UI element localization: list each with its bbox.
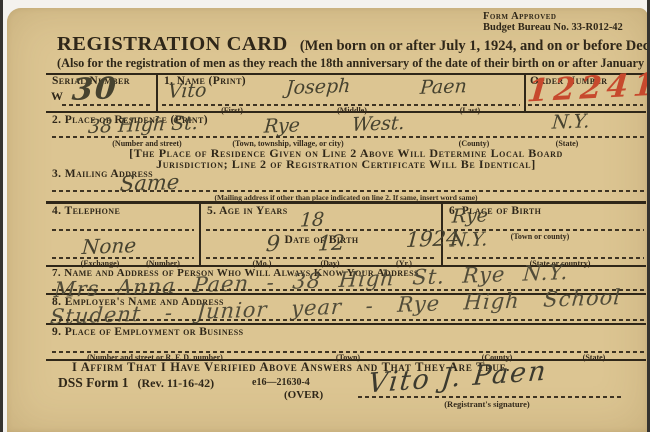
print-code: e16—21630-4 bbox=[252, 377, 310, 388]
divider-serial-name bbox=[156, 73, 158, 111]
form-id: DSS Form 1 bbox=[58, 375, 129, 390]
form-approved-block: Form Approved Budget Bureau No. 33-R012-… bbox=[483, 11, 623, 33]
telephone-label: 4. Telephone bbox=[52, 205, 120, 217]
employment-label: 9. Place of Employment or Business bbox=[52, 326, 243, 338]
title-line: REGISTRATION CARD(Men born on or after J… bbox=[57, 33, 650, 56]
divider-tel-age bbox=[199, 201, 201, 265]
scan-edge-left bbox=[0, 0, 3, 432]
birth-town-handwriting: Rye bbox=[451, 204, 488, 227]
form-id-line: DSS Form 1 (Rev. 11-16-42) bbox=[58, 374, 214, 392]
title-note: (Men born on or after July 1, 1924, and … bbox=[300, 38, 650, 54]
residence-street-handwriting: 38 High St. bbox=[87, 112, 198, 138]
residence-county-handwriting: West. bbox=[351, 112, 405, 136]
registration-card-scan: Form Approved Budget Bureau No. 33-R012-… bbox=[0, 0, 650, 432]
mailing-sublabel: (Mailing address if other than place ind… bbox=[46, 193, 646, 202]
residence-field-line bbox=[52, 136, 644, 138]
over-label: (OVER) bbox=[284, 389, 323, 401]
age-label: 5. Age in Years bbox=[207, 205, 288, 217]
birth-state-handwriting: N.Y. bbox=[449, 228, 488, 251]
page-title: REGISTRATION CARD bbox=[57, 33, 288, 55]
employment-state-sublabel: (State) bbox=[534, 353, 650, 362]
order-value-handwriting: 12241 bbox=[526, 66, 650, 109]
mailing-field-line bbox=[52, 190, 644, 192]
telephone-mid-line bbox=[52, 229, 194, 231]
residence-state-handwriting: N.Y. bbox=[551, 110, 590, 133]
employer-field-line bbox=[52, 319, 644, 321]
name-last-handwriting: Paen bbox=[419, 75, 467, 99]
name-middle-handwriting: Joseph bbox=[285, 75, 351, 99]
residence-city-handwriting: Rye bbox=[263, 114, 300, 137]
dob-month-handwriting: 9 bbox=[265, 232, 281, 258]
serial-prefix: W bbox=[51, 89, 63, 104]
form-revision: (Rev. 11-16-42) bbox=[138, 376, 215, 390]
telephone-value-handwriting: None bbox=[81, 233, 137, 259]
form-approved-line1: Form Approved bbox=[483, 11, 623, 22]
subtitle: (Also for the registration of men as the… bbox=[57, 56, 650, 71]
signature-sublabel: (Registrant's signature) bbox=[407, 399, 567, 409]
name-first-handwriting: Vito bbox=[167, 79, 207, 102]
dob-day-handwriting: 12 bbox=[317, 230, 345, 255]
serial-value-handwriting: 30 bbox=[71, 71, 119, 108]
form-approved-line2: Budget Bureau No. 33-R012-42 bbox=[483, 22, 623, 33]
last-sublabel: (Last) bbox=[400, 106, 540, 115]
birth-town-sublabel: (Town or county) bbox=[470, 232, 610, 241]
